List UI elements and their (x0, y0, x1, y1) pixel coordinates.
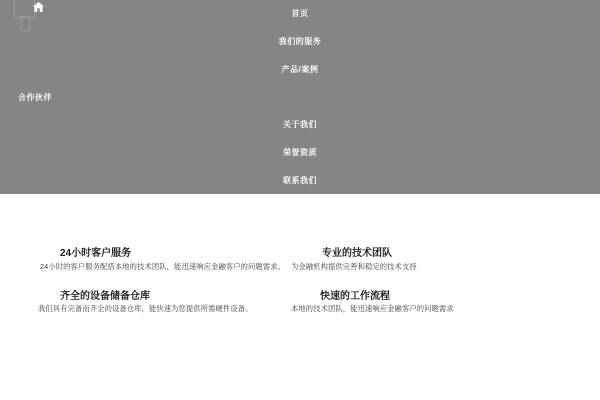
nav-item-honors[interactable]: 荣誉资质 (0, 139, 600, 167)
features-section: 24小时客户服务 24小时的客户服务配搭本地的技术团队，能迅速响应金融客户的问题… (0, 194, 600, 400)
feature-title-24h-service: 24小时客户服务 (60, 244, 131, 259)
feature-title-professional-team: 专业的技术团队 (322, 244, 392, 259)
feature-description-equipment-warehouse: 我们具有完备而齐全的设备仓库，能快速为您提供所需硬件设备。 (38, 304, 253, 314)
nav-item-services[interactable]: 我们的服务 (0, 28, 600, 56)
nav-item-contact-us[interactable]: 联系我们 (0, 166, 600, 194)
nav-item-products-cases[interactable]: 产品/案例 (0, 55, 600, 83)
feature-title-fast-workflow: 快速的工作流程 (320, 287, 390, 302)
nav-item-partners[interactable]: 合作伙伴 (0, 83, 600, 111)
main-navigation: 首页 我们的服务 产品/案例 合作伙伴 关于我们 荣誉资质 联系我们 (0, 0, 600, 194)
nav-item-about-us[interactable]: 关于我们 (0, 111, 600, 139)
nav-item-home[interactable]: 首页 (0, 0, 600, 28)
feature-description-24h-service: 24小时的客户服务配搭本地的技术团队，能迅速响应金融客户的问题需求。 (40, 262, 285, 272)
page: 首页 我们的服务 产品/案例 合作伙伴 关于我们 荣誉资质 联系我们 24小时客… (0, 0, 600, 400)
feature-description-professional-team: 为金融机构提供完善和稳定的技术支持 (291, 262, 417, 272)
feature-title-equipment-warehouse: 齐全的设备储备仓库 (60, 287, 150, 302)
feature-description-fast-workflow: 本地的技术团队，能迅速响应金融客户的问题需求 (291, 304, 454, 314)
site-header: 首页 我们的服务 产品/案例 合作伙伴 关于我们 荣誉资质 联系我们 (0, 0, 600, 194)
